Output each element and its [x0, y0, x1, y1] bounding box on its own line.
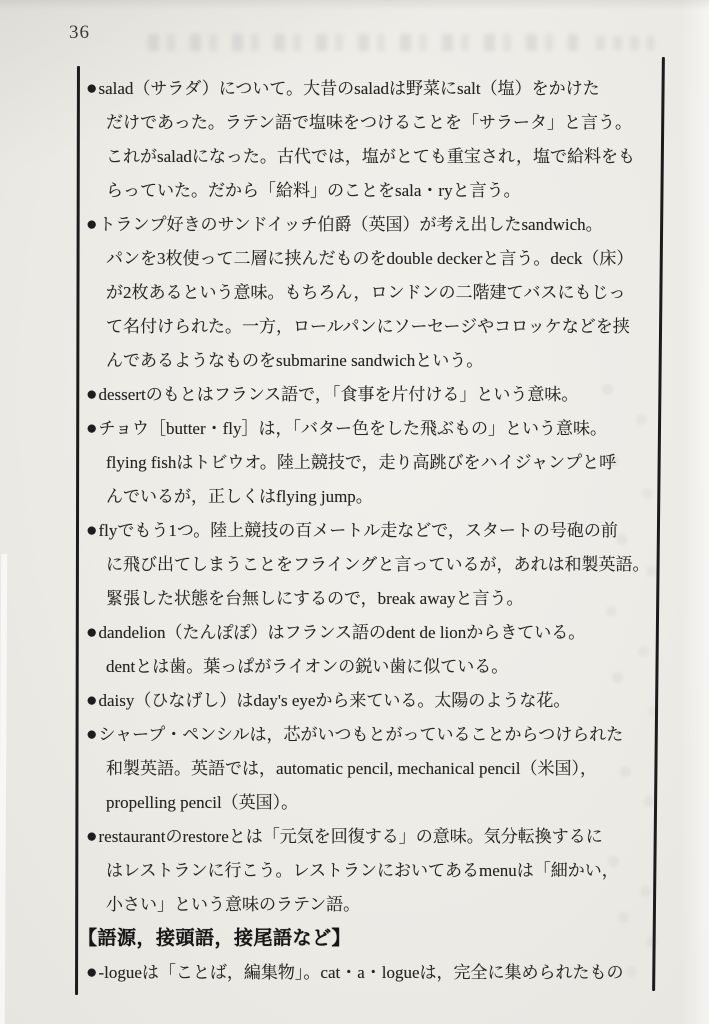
text-line: flying fishはトビウオ。陸上競技で，走り高跳びをハイジャンプと呼 [86, 446, 646, 480]
text-line-content: シャープ・ペンシルは，芯がいつもとがっていることからつけられた [98, 725, 623, 744]
text-line: propelling pencil（英国）。 [86, 786, 646, 820]
section-heading: 【語源，接頭語，接尾語など】 [78, 922, 646, 956]
text-line: 和製英語。英語では，automatic pencil, mechanical p… [86, 752, 646, 786]
text-line: ●dandelion（たんぽぽ）はフランス語のdent de lionからきてい… [86, 616, 646, 650]
bullet-marker: ● [86, 690, 97, 711]
text-line: ●salad（サラダ）について。大昔のsaladは野菜にsalt（塩）をかけた [86, 72, 646, 106]
text-line-content: dessertのもとはフランス語で，「食事を片付ける」という意味。 [98, 385, 578, 404]
bullet-marker: ● [86, 826, 97, 847]
text-line: ●チョウ［butter・fly］は，「バター色をした飛ぶもの」という意味。 [86, 412, 646, 446]
text-line: 小さい」という意味のラテン語。 [86, 888, 646, 922]
text-line: だけであった。ラテン語で塩味をつけることを「サラータ」と言う。 [86, 106, 646, 140]
text-line: 緊張した状態を台無しにするので，break awayと言う。 [86, 582, 646, 616]
bullet-marker: ● [86, 78, 97, 99]
text-line: dentとは歯。葉っぱがライオンの鋭い歯に似ている。 [86, 650, 646, 684]
scan-left-edge [0, 554, 7, 1024]
text-line: はレストランに行こう。レストランにおいてあるmenuは「細かい， [86, 854, 646, 888]
bullet-marker: ● [86, 418, 97, 439]
bullet-marker: ● [86, 724, 97, 745]
text-line: ●daisy（ひなげし）はday's eyeから来ている。太陽のような花。 [86, 684, 646, 718]
bullet-marker: ● [86, 520, 97, 541]
text-line: んであるようなものをsubmarine sandwichという。 [86, 344, 646, 378]
page-number: 36 [69, 22, 90, 44]
bullet-marker: ● [86, 622, 97, 643]
text-line: ●restaurantのrestoreとは「元気を回復する」の意味。気分転換する… [86, 820, 646, 854]
left-margin-rule [75, 66, 80, 995]
scan-top-shade [0, 0, 709, 10]
text-line: らっていた。だから「給料」のことをsala・ryと言う。 [86, 174, 646, 208]
text-line-content: dandelion（たんぽぽ）はフランス語のdent de lionからきている… [98, 623, 585, 642]
text-line: ●-logueは「ことば，編集物」。cat・a・logueは，完全に集められたも… [86, 956, 646, 990]
text-line: これがsaladになった。古代では，塩がとても重宝され，塩で給料をも [86, 140, 646, 174]
text-line: ●dessertのもとはフランス語で，「食事を片付ける」という意味。 [86, 378, 646, 412]
text-line: パンを3枚使って二層に挟んだものをdouble deckerと言う。deck（床… [86, 242, 646, 276]
text-line: ●シャープ・ペンシルは，芯がいつもとがっていることからつけられた [86, 718, 646, 752]
text-line: が2枚あるという意味。もちろん，ロンドンの二階建てバスにもじっ [86, 276, 646, 310]
bullet-marker: ● [86, 962, 97, 983]
text-line: て名付けられた。一方，ロールパンにソーセージやコロッケなどを挟 [86, 310, 646, 344]
page-content: ●salad（サラダ）について。大昔のsaladは野菜にsalt（塩）をかけただ… [86, 72, 646, 990]
text-line-content: restaurantのrestoreとは「元気を回復する」の意味。気分転換するに [98, 827, 602, 846]
text-line: ●トランプ好きのサンドイッチ伯爵（英国）が考え出したsandwich。 [86, 208, 646, 242]
bleedthrough-top [148, 34, 578, 51]
text-line: に飛び出てしまうことをフライングと言っているが，あれは和製英語。 [86, 548, 646, 582]
bleedthrough-top-right [596, 36, 654, 50]
bullet-marker: ● [86, 214, 97, 235]
text-line-content: トランプ好きのサンドイッチ伯爵（英国）が考え出したsandwich。 [98, 215, 602, 234]
text-line-content: daisy（ひなげし）はday's eyeから来ている。太陽のような花。 [98, 691, 570, 710]
text-line: んでいるが，正しくはflying jump。 [86, 480, 646, 514]
text-line-content: salad（サラダ）について。大昔のsaladは野菜にsalt（塩）をかけた [98, 79, 599, 98]
text-line: ●flyでもう1つ。陸上競技の百メートル走などで，スタートの号砲の前 [86, 514, 646, 548]
bullet-marker: ● [86, 384, 97, 405]
scanned-book-page: 36 ●salad（サラダ）について。大昔のsaladは野菜にsalt（塩）をか… [0, 0, 709, 1024]
text-line-content: チョウ［butter・fly］は，「バター色をした飛ぶもの」という意味。 [98, 419, 607, 438]
right-margin-rule [652, 57, 665, 991]
text-line-content: flyでもう1つ。陸上競技の百メートル走などで，スタートの号砲の前 [98, 521, 617, 540]
text-line-content: -logueは「ことば，編集物」。cat・a・logueは，完全に集められたもの [98, 963, 623, 982]
